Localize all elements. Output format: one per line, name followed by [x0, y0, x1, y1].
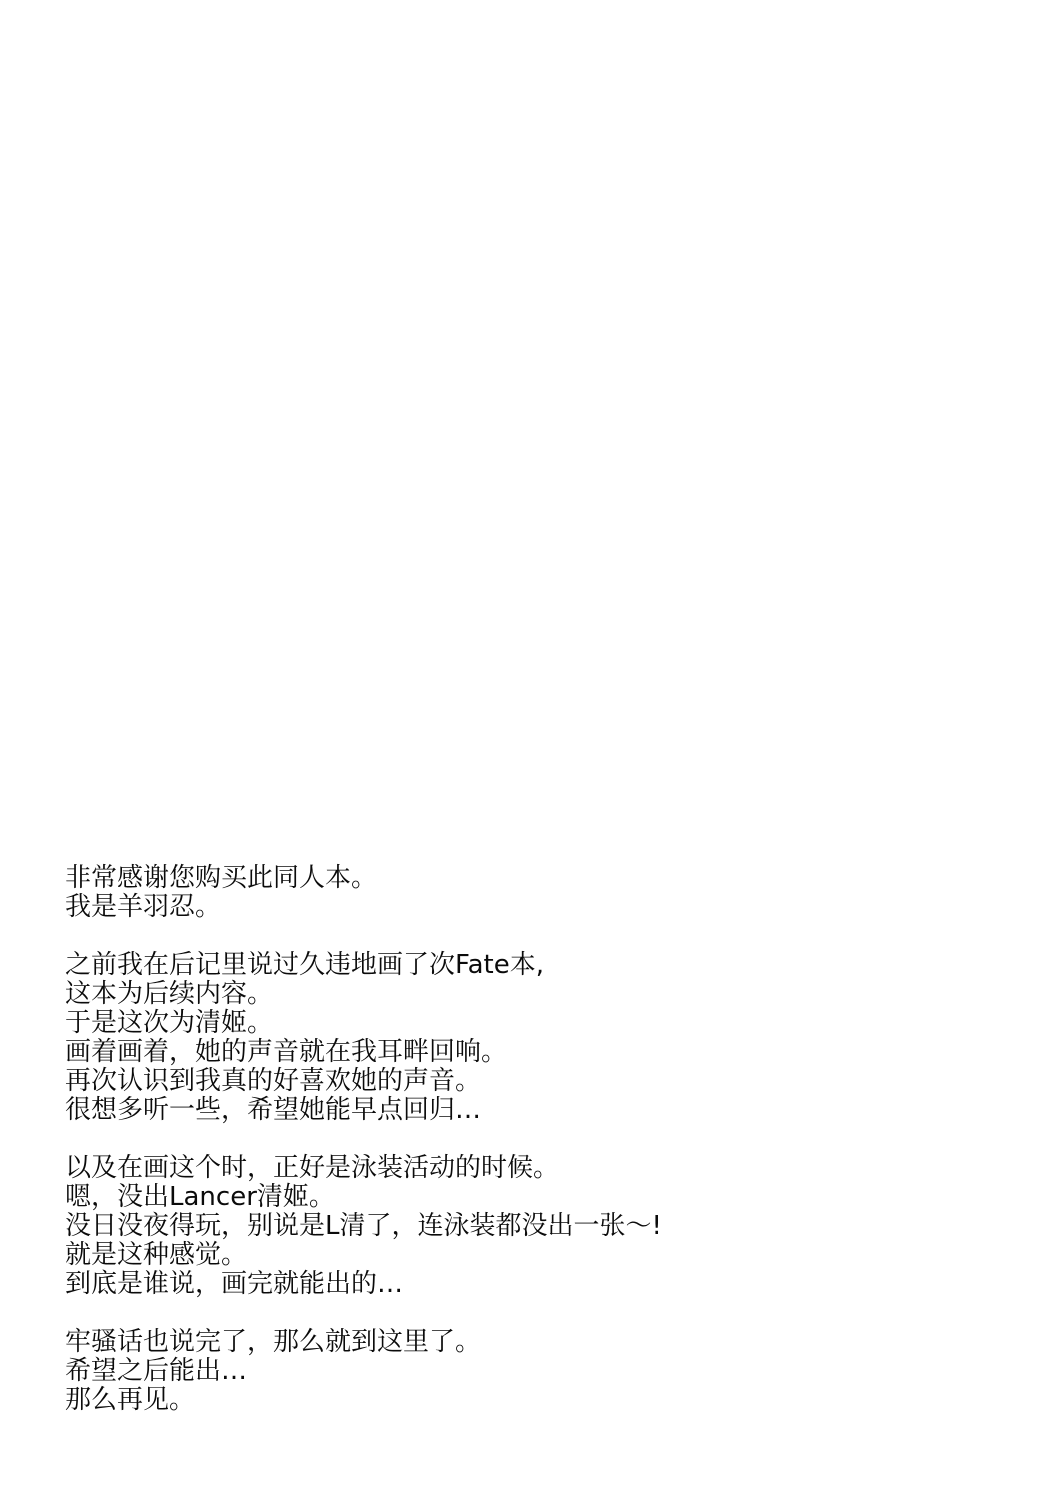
- afterword-line: 嗯，没出Lancer清姬。: [65, 1183, 662, 1212]
- afterword-line: 再次认识到我真的好喜欢她的声音。: [65, 1067, 662, 1096]
- afterword-paragraph: 之前我在后记里说过久违地画了次Fate本,这本为后续内容。于是这次为清姬。画着画…: [65, 951, 662, 1125]
- afterword-line: 很想多听一些，希望她能早点回归…: [65, 1096, 662, 1125]
- afterword-line: 希望之后能出…: [65, 1357, 662, 1386]
- afterword-line: 那么再见。: [65, 1386, 662, 1415]
- afterword-paragraph: 非常感谢您购买此同人本。我是羊羽忍。: [65, 864, 662, 922]
- afterword-line: 这本为后续内容。: [65, 980, 662, 1009]
- afterword-line: 之前我在后记里说过久违地画了次Fate本,: [65, 951, 662, 980]
- afterword-line: 画着画着，她的声音就在我耳畔回响。: [65, 1038, 662, 1067]
- afterword-line: 牢骚话也说完了，那么就到这里了。: [65, 1328, 662, 1357]
- afterword-line: 以及在画这个时，正好是泳装活动的时候。: [65, 1154, 662, 1183]
- afterword-text-block: 非常感谢您购买此同人本。我是羊羽忍。之前我在后记里说过久违地画了次Fate本,这…: [65, 864, 662, 1415]
- afterword-paragraph: 牢骚话也说完了，那么就到这里了。希望之后能出…那么再见。: [65, 1328, 662, 1415]
- afterword-line: 非常感谢您购买此同人本。: [65, 864, 662, 893]
- afterword-line: 没日没夜得玩，别说是L清了，连泳装都没出一张～!: [65, 1212, 662, 1241]
- afterword-line: 就是这种感觉。: [65, 1241, 662, 1270]
- afterword-paragraph: 以及在画这个时，正好是泳装活动的时候。嗯，没出Lancer清姬。没日没夜得玩，别…: [65, 1154, 662, 1299]
- afterword-line: 我是羊羽忍。: [65, 893, 662, 922]
- afterword-line: 于是这次为清姬。: [65, 1009, 662, 1038]
- afterword-page: 非常感谢您购买此同人本。我是羊羽忍。之前我在后记里说过久违地画了次Fate本,这…: [0, 0, 1050, 1504]
- afterword-line: 到底是谁说，画完就能出的…: [65, 1270, 662, 1299]
